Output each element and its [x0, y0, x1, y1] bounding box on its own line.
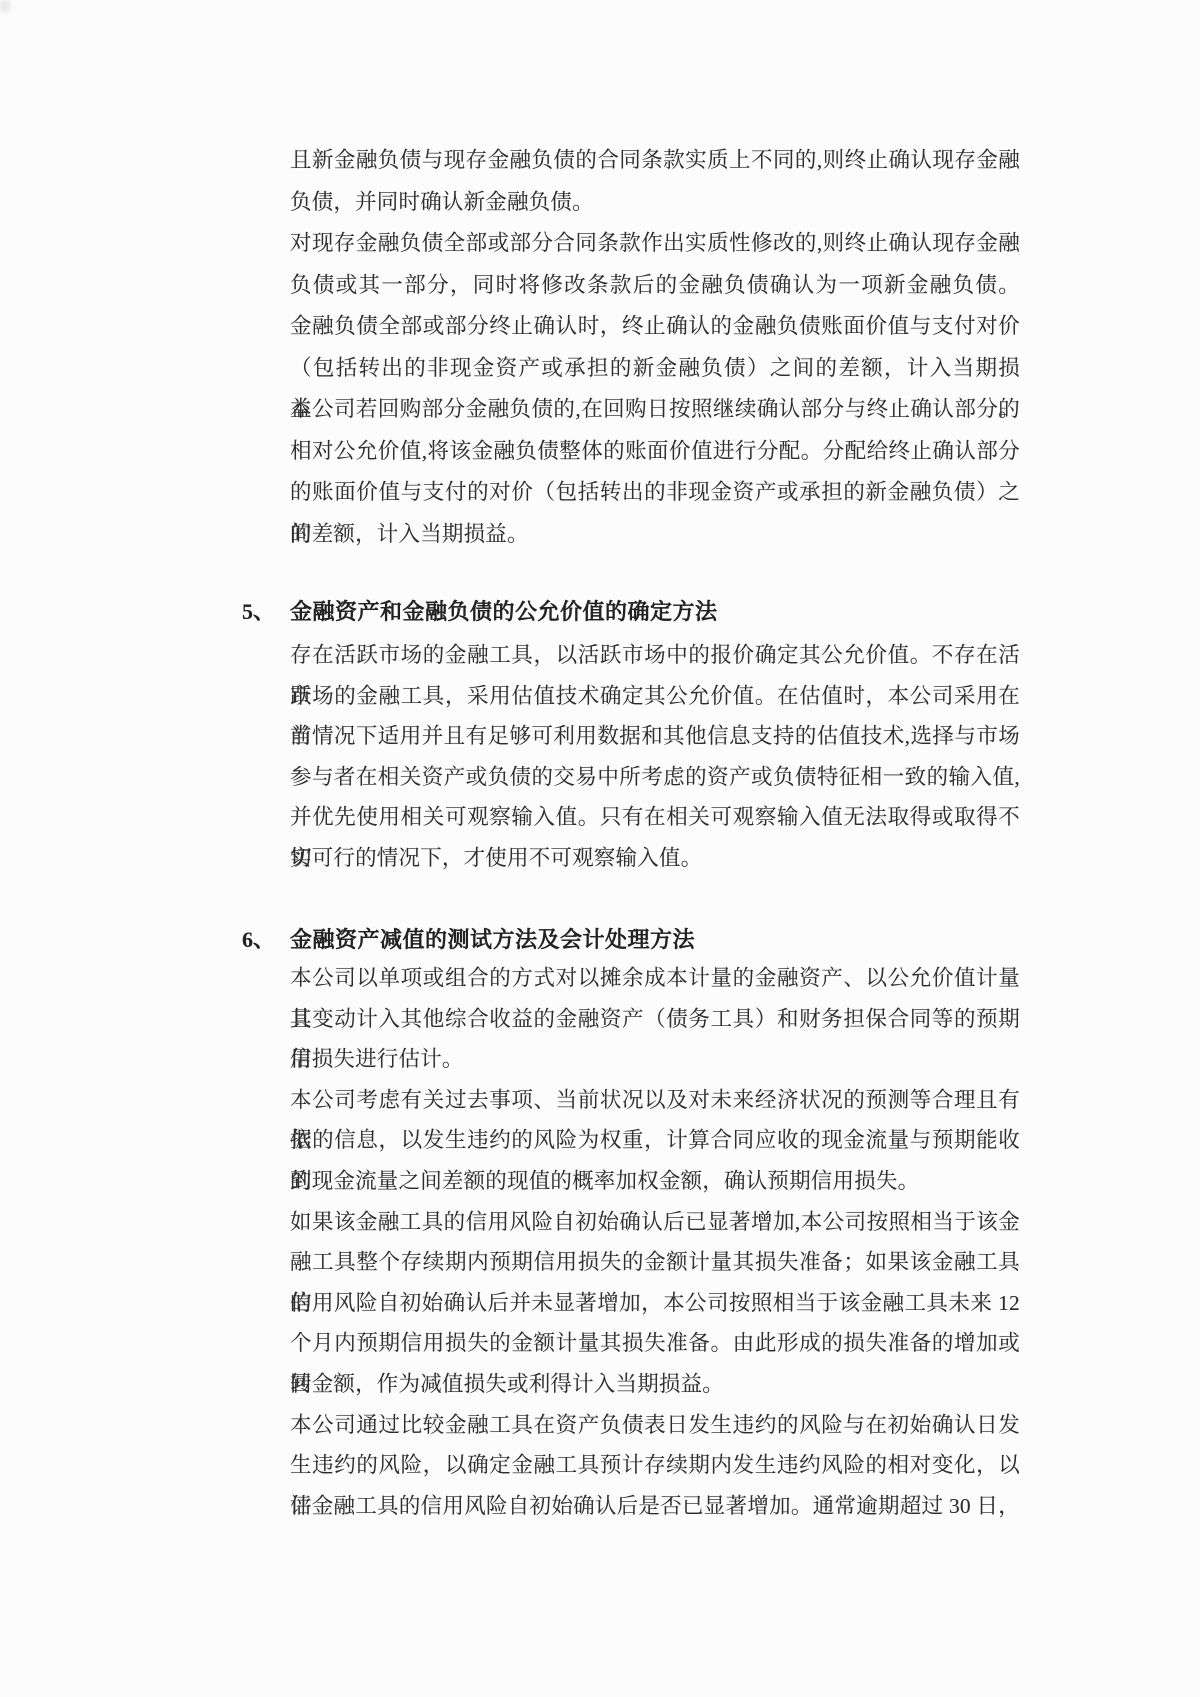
- text-line: 据的信息，以发生违约的风险为权重，计算合同应收的现金流量与预期能收到: [290, 1120, 1020, 1161]
- text-line: 用损失进行估计。: [290, 1039, 1020, 1080]
- text-line: 对现存金融负债全部或部分合同条款作出实质性修改的,则终止确认现存金融: [290, 223, 1020, 265]
- text-line: 信用风险自初始确认后并未显著增加，本公司按照相当于该金融工具未来 12: [290, 1283, 1020, 1324]
- text-line: 参与者在相关资产或负债的交易中所考虑的资产或负债特征相一致的输入值,: [290, 757, 1020, 798]
- text-line: 且新金融负债与现存金融负债的合同条款实质上不同的,则终止确认现存金融: [290, 140, 1020, 182]
- text-line: 金融负债全部或部分终止确认时，终止确认的金融负债账面价值与支付对价: [290, 306, 1020, 348]
- text-line: 负债或其一部分，同时将修改条款后的金融负债确认为一项新金融负债。: [290, 265, 1020, 307]
- text-line: 其变动计入其他综合收益的金融资产（债务工具）和财务担保合同等的预期信: [290, 999, 1020, 1040]
- text-line: 相对公允价值,将该金融负债整体的账面价值进行分配。分配给终止确认部分: [290, 431, 1020, 473]
- text-line: 并优先使用相关可观察输入值。只有在相关可观察输入值无法取得或取得不切: [290, 797, 1020, 838]
- text-line: 的账面价值与支付的对价（包括转出的非现金资产或承担的新金融负债）之间: [290, 472, 1020, 514]
- paragraph-block-fair-value-method: 存在活跃市场的金融工具，以活跃市场中的报价确定其公允价值。不存在活跃市场的金融工…: [290, 635, 1020, 879]
- text-line: 的差额，计入当期损益。: [290, 514, 1020, 556]
- text-line: 如果该金融工具的信用风险自初始确认后已显著增加,本公司按照相当于该金: [290, 1202, 1020, 1243]
- text-line: 回金额，作为减值损失或利得计入当期损益。: [290, 1364, 1020, 1405]
- text-line: 市场的金融工具，采用估值技术确定其公允价值。在估值时，本公司采用在当: [290, 676, 1020, 717]
- text-line: 本公司以单项或组合的方式对以摊余成本计量的金融资产、以公允价值计量且: [290, 958, 1020, 999]
- section-6-number: 6、: [242, 925, 290, 955]
- section-6-title: 金融资产减值的测试方法及会计处理方法: [290, 927, 695, 952]
- text-line: 估金融工具的信用风险自初始确认后是否已显著增加。通常逾期超过 30 日，: [290, 1486, 1020, 1527]
- section-heading-6: 6、金融资产减值的测试方法及会计处理方法: [242, 925, 1020, 955]
- text-line: 的现金流量之间差额的现值的概率加权金额，确认预期信用损失。: [290, 1161, 1020, 1202]
- text-line: 生违约的风险，以确定金融工具预计存续期内发生违约风险的相对变化，以评: [290, 1445, 1020, 1486]
- text-line: 融工具整个存续期内预期信用损失的金额计量其损失准备；如果该金融工具的: [290, 1242, 1020, 1283]
- paragraph-block-liability-derecognition: 且新金融负债与现存金融负债的合同条款实质上不同的,则终止确认现存金融负债，并同时…: [290, 140, 1020, 555]
- text-line: 负债，并同时确认新金融负债。: [290, 182, 1020, 224]
- paragraph-block-impairment-method: 本公司以单项或组合的方式对以摊余成本计量的金融资产、以公允价值计量且其变动计入其…: [290, 958, 1020, 1526]
- text-line: 本公司通过比较金融工具在资产负债表日发生违约的风险与在初始确认日发: [290, 1405, 1020, 1446]
- document-page: 且新金融负债与现存金融负债的合同条款实质上不同的,则终止确认现存金融负债，并同时…: [0, 0, 1200, 1697]
- text-line: 实可行的情况下，才使用不可观察输入值。: [290, 838, 1020, 879]
- text-line: 个月内预期信用损失的金额计量其损失准备。由此形成的损失准备的增加或转: [290, 1323, 1020, 1364]
- text-line: （包括转出的非现金资产或承担的新金融负债）之间的差额，计入当期损益。: [290, 348, 1020, 390]
- section-heading-5: 5、金融资产和金融负债的公允价值的确定方法: [242, 597, 1020, 627]
- section-5-number: 5、: [242, 597, 290, 627]
- section-5-title: 金融资产和金融负债的公允价值的确定方法: [290, 599, 718, 624]
- text-line: 本公司考虑有关过去事项、当前状况以及对未来经济状况的预测等合理且有依: [290, 1080, 1020, 1121]
- text-line: 本公司若回购部分金融负债的,在回购日按照继续确认部分与终止确认部分的: [290, 389, 1020, 431]
- scan-artifact: [0, 0, 10, 12]
- text-line: 前情况下适用并且有足够可利用数据和其他信息支持的估值技术,选择与市场: [290, 716, 1020, 757]
- text-line: 存在活跃市场的金融工具，以活跃市场中的报价确定其公允价值。不存在活跃: [290, 635, 1020, 676]
